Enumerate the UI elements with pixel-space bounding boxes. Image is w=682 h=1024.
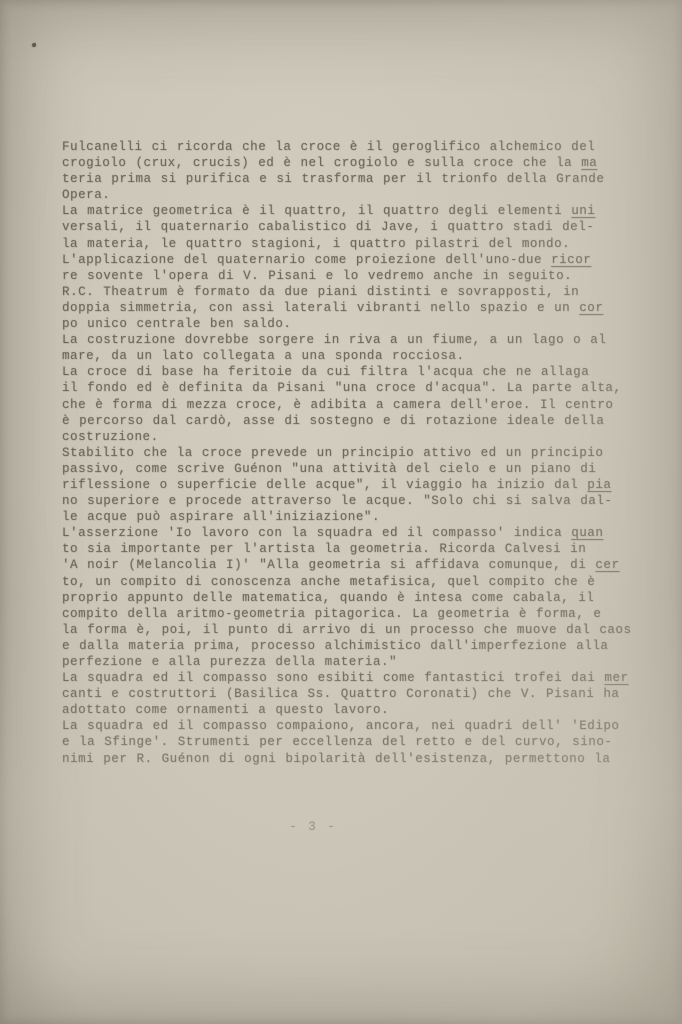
text-line: La matrice geometrica è il quattro, il q…	[62, 203, 628, 219]
text-line: Fulcanelli ci ricorda che la croce è il …	[62, 139, 628, 155]
hyphen-break-underline: cer	[595, 558, 619, 572]
hyphen-break-underline: ricor	[551, 253, 591, 267]
text-line: teria prima si purifica e si trasforma p…	[62, 171, 628, 187]
text-line: Stabilito che la croce prevede un princi…	[62, 445, 628, 461]
text-line: re sovente l'opera di V. Pisani e lo ved…	[62, 268, 628, 284]
text-line: nimi per R. Guénon di ogni bipolarità de…	[62, 751, 628, 767]
text-line: Opera.	[62, 187, 628, 203]
text-line: to sia importante per l'artista la geome…	[62, 541, 628, 557]
text-line: mare, da un lato collegata a una sponda …	[62, 348, 628, 364]
text-line: La croce di base ha feritoie da cui filt…	[62, 364, 628, 380]
typewritten-text-block: Fulcanelli ci ricorda che la croce è il …	[62, 139, 628, 767]
text-line: il fondo ed è definita da Pisani "una cr…	[62, 380, 628, 396]
text-line: 'A noir (Melancolia I)' "Alla geometria …	[62, 557, 628, 573]
text-line: crogiolo (crux, crucis) ed è nel crogiol…	[62, 155, 628, 171]
text-line: doppia simmetria, con assi laterali vibr…	[62, 300, 628, 316]
text-line: la materia, le quattro stagioni, i quatt…	[62, 236, 628, 252]
hyphen-break-underline: ma	[581, 156, 597, 170]
hyphen-break-underline: quan	[571, 526, 603, 540]
hyphen-break-underline: pia	[587, 478, 611, 492]
text-line: no superiore e procede attraverso le acq…	[62, 493, 628, 509]
text-line: riflessione o superficie delle acque", i…	[62, 477, 628, 493]
text-line: le acque può aspirare all'iniziazione".	[62, 509, 628, 525]
page-number: - 3 -	[0, 820, 654, 834]
text-line: adottato come ornamenti a questo lavoro.	[62, 702, 628, 718]
text-line: che è forma di mezza croce, è adibita a …	[62, 397, 628, 413]
text-line: la forma è, poi, il punto di arrivo di u…	[62, 622, 628, 638]
text-line: passivo, come scrive Guénon "una attivit…	[62, 461, 628, 477]
text-line: canti e costruttori (Basilica Ss. Quattr…	[62, 686, 628, 702]
hyphen-break-underline: uni	[571, 204, 595, 218]
text-line: L'asserzione 'Io lavoro con la squadra e…	[62, 525, 628, 541]
text-line: compito della aritmo-geometria pitagoric…	[62, 606, 628, 622]
text-line: to, un compito di conoscenza anche metaf…	[62, 574, 628, 590]
ink-speck	[32, 43, 36, 47]
text-line: La squadra ed il compasso sono esibiti c…	[62, 670, 628, 686]
text-line: perfezione e alla purezza della materia.…	[62, 654, 628, 670]
text-line: è percorso dal cardò, asse di sostegno e…	[62, 413, 628, 429]
text-line: La costruzione dovrebbe sorgere in riva …	[62, 332, 628, 348]
text-line: versali, il quaternario cabalistico di J…	[62, 219, 628, 235]
text-line: proprio appunto delle matematica, quando…	[62, 590, 628, 606]
hyphen-break-underline: cor	[579, 301, 603, 315]
text-line: e la Sfinge'. Strumenti per eccellenza d…	[62, 734, 628, 750]
text-line: La squadra ed il compasso compaiono, anc…	[62, 718, 628, 734]
text-line: L'applicazione del quaternario come proi…	[62, 252, 628, 268]
text-line: R.C. Theatrum è formato da due piani dis…	[62, 284, 628, 300]
scanned-typewritten-page: Fulcanelli ci ricorda che la croce è il …	[0, 0, 682, 1024]
text-line: po unico centrale ben saldo.	[62, 316, 628, 332]
text-line: costruzione.	[62, 429, 628, 445]
text-line: e dalla materia prima, processo alchimis…	[62, 638, 628, 654]
hyphen-break-underline: mer	[604, 671, 628, 685]
